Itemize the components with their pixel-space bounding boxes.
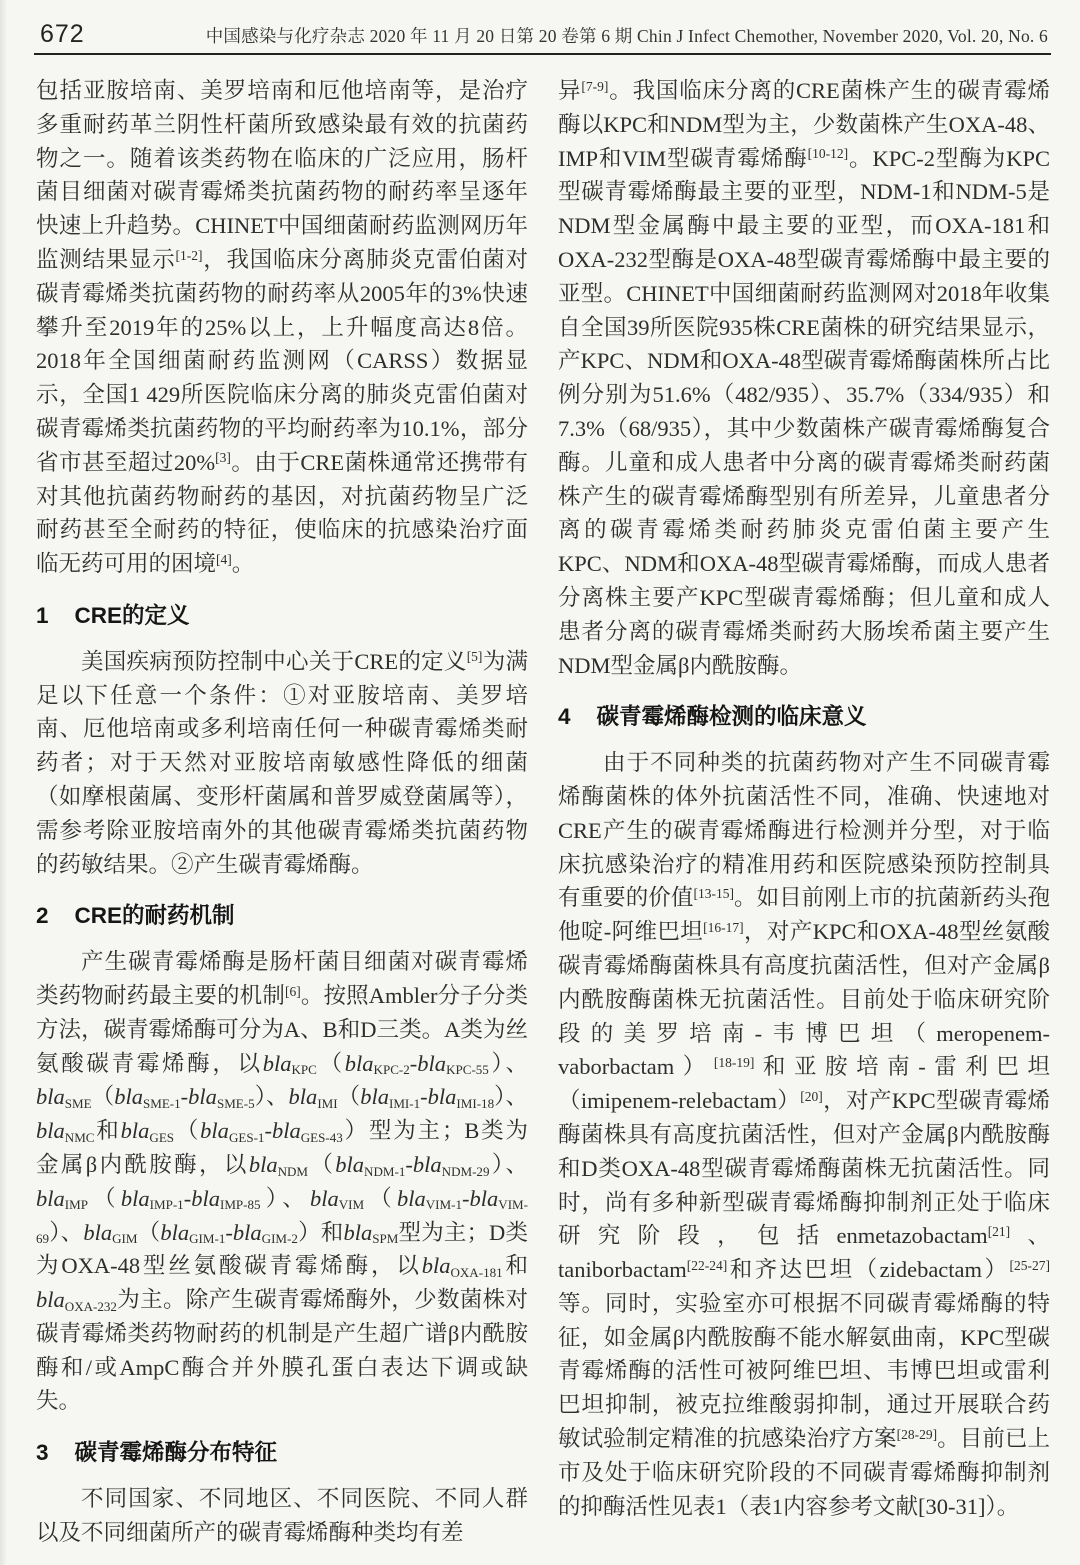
gene-name: bla bbox=[121, 1118, 150, 1143]
section-number: 1 bbox=[36, 603, 49, 628]
gene-name: bla bbox=[191, 1186, 220, 1211]
section-number: 2 bbox=[36, 903, 49, 928]
paragraph: 产生碳青霉烯酶是肠杆菌目细菌对碳青霉烯类药物耐药最主要的机制[6]。按照Ambl… bbox=[36, 945, 528, 1418]
gene-name: bla bbox=[428, 1084, 457, 1109]
gene-subscript: SME-1 bbox=[143, 1096, 181, 1111]
gene-name: bla bbox=[36, 1118, 65, 1143]
journal-page: 672 中国感染与化疗杂志 2020 年 11 月 20 日第 20 卷第 6 … bbox=[0, 0, 1080, 1565]
journal-title-line: 中国感染与化疗杂志 2020 年 11 月 20 日第 20 卷第 6 期 Ch… bbox=[206, 23, 1048, 48]
citation-superscript: [20] bbox=[800, 1089, 823, 1104]
section-heading: 1CRE的定义 bbox=[36, 599, 528, 633]
gene-name: bla bbox=[188, 1084, 217, 1109]
gene-subscript: GES bbox=[149, 1130, 174, 1145]
gene-name: bla bbox=[397, 1186, 426, 1211]
citation-superscript: [16-17] bbox=[703, 920, 744, 935]
gene-name: bla bbox=[36, 1084, 65, 1109]
gene-name: bla bbox=[83, 1220, 112, 1245]
gene-name: bla bbox=[417, 1051, 446, 1076]
gene-subscript: NDM bbox=[278, 1164, 308, 1179]
gene-subscript: GES-1 bbox=[229, 1130, 265, 1145]
gene-name: bla bbox=[360, 1084, 389, 1109]
article-body: 包括亚胺培南、美罗培南和厄他培南等，是治疗多重耐药革兰阴性杆菌所致感染最有效的抗… bbox=[36, 74, 1050, 1550]
gene-subscript: VIM bbox=[339, 1197, 364, 1212]
gene-subscript: IMI bbox=[317, 1096, 337, 1111]
gene-name: bla bbox=[121, 1186, 150, 1211]
section-title: CRE的耐药机制 bbox=[75, 903, 235, 928]
citation-superscript: [10-12] bbox=[808, 146, 849, 161]
gene-subscript: GIM-2 bbox=[262, 1231, 298, 1246]
paragraph: 不同国家、不同地区、不同医院、不同人群以及不同细菌所产的碳青霉烯酶种类均有差 bbox=[36, 1482, 528, 1550]
citation-superscript: [21] bbox=[988, 1224, 1011, 1239]
citation-superscript: [3] bbox=[215, 450, 231, 465]
section-heading: 2CRE的耐药机制 bbox=[36, 899, 528, 933]
gene-subscript: IMP-1 bbox=[150, 1197, 184, 1212]
section-title: 碳青霉烯酶检测的临床意义 bbox=[597, 704, 867, 729]
page-number: 672 bbox=[40, 20, 85, 49]
citation-superscript: [1-2] bbox=[176, 248, 203, 263]
gene-subscript: GIM-1 bbox=[189, 1231, 225, 1246]
gene-name: bla bbox=[413, 1152, 442, 1177]
paragraph: 异[7-9]。我国临床分离的CRE菌株产生的碳青霉烯酶以KPC和NDM型为主，少… bbox=[558, 74, 1050, 682]
gene-subscript: GIM bbox=[112, 1231, 137, 1246]
gene-name: bla bbox=[345, 1051, 374, 1076]
gene-name: bla bbox=[36, 1186, 65, 1211]
gene-name: bla bbox=[289, 1084, 318, 1109]
gene-subscript: NDM-1 bbox=[364, 1164, 405, 1179]
gene-subscript: IMP bbox=[65, 1197, 88, 1212]
section-title: 碳青霉烯酶分布特征 bbox=[75, 1440, 278, 1465]
gene-subscript: NDM-29 bbox=[442, 1164, 490, 1179]
section-number: 4 bbox=[558, 704, 571, 729]
citation-superscript: [6] bbox=[285, 984, 301, 999]
gene-subscript: SPM bbox=[372, 1231, 398, 1246]
citation-superscript: [22-24] bbox=[687, 1258, 728, 1273]
gene-subscript: KPC-55 bbox=[446, 1062, 489, 1077]
gene-subscript: VIM-1 bbox=[426, 1197, 462, 1212]
gene-name: bla bbox=[36, 1287, 65, 1312]
section-heading: 4碳青霉烯酶检测的临床意义 bbox=[558, 700, 1050, 734]
gene-name: bla bbox=[422, 1253, 451, 1278]
gene-name: bla bbox=[310, 1186, 339, 1211]
citation-superscript: [13-15] bbox=[693, 886, 734, 901]
page-header: 672 中国感染与化疗杂志 2020 年 11 月 20 日第 20 卷第 6 … bbox=[40, 20, 1048, 49]
gene-subscript: IMI-18 bbox=[456, 1096, 494, 1111]
gene-name: bla bbox=[343, 1220, 372, 1245]
gene-name: bla bbox=[470, 1186, 499, 1211]
citation-superscript: [4] bbox=[216, 552, 232, 567]
gene-subscript: NMC bbox=[65, 1130, 95, 1145]
gene-name: bla bbox=[233, 1220, 262, 1245]
gene-name: bla bbox=[263, 1051, 292, 1076]
gene-name: bla bbox=[160, 1220, 189, 1245]
section-title: CRE的定义 bbox=[75, 603, 190, 628]
gene-subscript: GES-43 bbox=[301, 1130, 343, 1145]
gene-name: bla bbox=[200, 1118, 229, 1143]
gene-subscript: KPC bbox=[292, 1062, 317, 1077]
paragraph: 由于不同种类的抗菌药物对产生不同碳青霉烯酶菌株的体外抗菌活性不同，准确、快速地对… bbox=[558, 746, 1050, 1523]
gene-name: bla bbox=[249, 1152, 278, 1177]
citation-superscript: [25-27] bbox=[1010, 1258, 1051, 1273]
citation-superscript: [7-9] bbox=[581, 79, 608, 94]
paragraph: 包括亚胺培南、美罗培南和厄他培南等，是治疗多重耐药革兰阴性杆菌所致感染最有效的抗… bbox=[36, 74, 528, 581]
citation-superscript: [5] bbox=[467, 649, 483, 664]
gene-name: bla bbox=[114, 1084, 143, 1109]
gene-name: bla bbox=[335, 1152, 364, 1177]
gene-subscript: IMP-85 bbox=[220, 1197, 261, 1212]
right-column: 异[7-9]。我国临床分离的CRE菌株产生的碳青霉烯酶以KPC和NDM型为主，少… bbox=[558, 74, 1050, 1550]
paragraph: 美国疾病预防控制中心关于CRE的定义[5]为满足以下任意一个条件：①对亚胺培南、… bbox=[36, 645, 528, 882]
citation-superscript: [28-29] bbox=[897, 1427, 938, 1442]
left-column: 包括亚胺培南、美罗培南和厄他培南等，是治疗多重耐药革兰阴性杆菌所致感染最有效的抗… bbox=[36, 74, 528, 1550]
gene-subscript: SME-5 bbox=[217, 1096, 255, 1111]
gene-name: bla bbox=[272, 1118, 301, 1143]
gene-subscript: IMI-1 bbox=[389, 1096, 420, 1111]
header-rule bbox=[34, 53, 1051, 55]
gene-subscript: OXA-232 bbox=[65, 1299, 117, 1314]
section-number: 3 bbox=[36, 1440, 49, 1465]
gene-subscript: SME bbox=[65, 1096, 92, 1111]
gene-subscript: KPC-2 bbox=[374, 1062, 410, 1077]
citation-superscript: [18-19] bbox=[714, 1055, 755, 1070]
section-heading: 3碳青霉烯酶分布特征 bbox=[36, 1436, 528, 1470]
gene-subscript: OXA-181 bbox=[450, 1265, 502, 1280]
